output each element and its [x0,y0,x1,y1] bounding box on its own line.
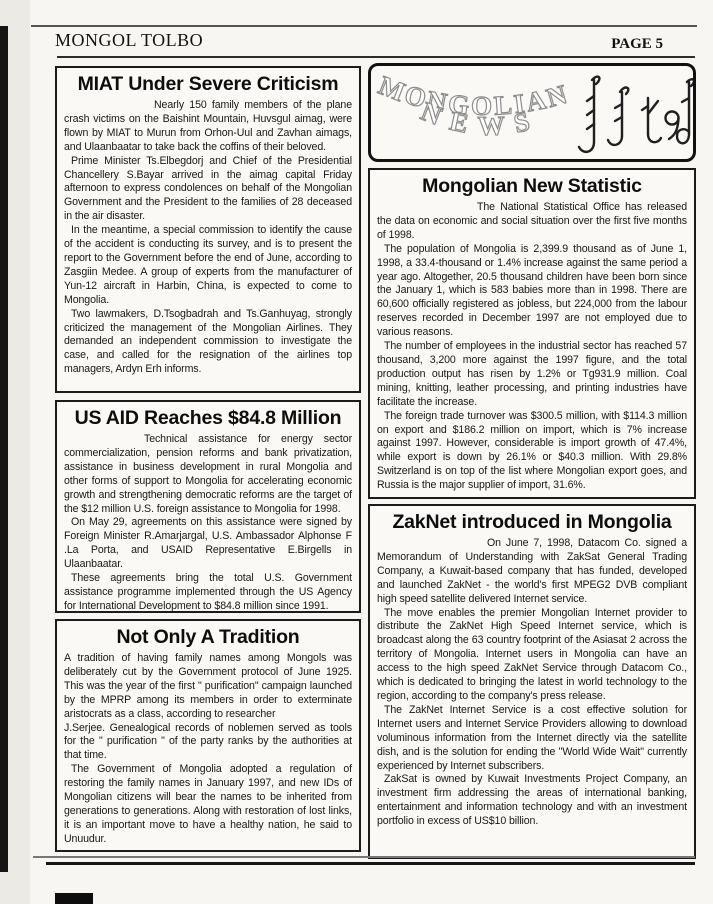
page-number: PAGE 5 [611,36,663,53]
masthead: MONGOL TOLBO [55,30,203,51]
mongolia-news-logo: MONGOLIAN NEWS [368,63,696,162]
mongolian-script-decoration [579,77,693,152]
paragraph: On June 7, 1998, Datacom Co. signed a Me… [377,537,687,607]
paragraph: The number of employees in the industria… [377,340,687,410]
article-title: MIAT Under Severe Criticism [64,73,352,96]
header-rule [57,56,695,58]
paragraph: The population of Mongolia is 2,399.9 th… [377,243,687,340]
bottom-rule-thick [46,862,695,865]
logo-graphic: MONGOLIAN NEWS [371,66,693,159]
paragraph: The ZakNet Internet Service is a cost ef… [377,704,687,774]
paragraph: The move enables the premier Mongolian I… [377,607,687,704]
scan-corner-mark [55,893,93,904]
paragraph: In the meantime, a special commission to… [64,224,352,307]
article-title: ZakNet introduced in Mongolia [377,511,687,534]
article-title: US AID Reaches $84.8 Million [64,407,352,430]
paragraph: A tradition of having family names among… [64,652,352,722]
paragraph: Prime Minister Ts.Elbegdorj and Chief of… [64,155,352,225]
paragraph: These agreements bring the total U.S. Go… [64,572,352,613]
mongolian-script-glyph [677,79,693,143]
paragraph: Nearly 150 family members of the plane c… [64,99,352,155]
logo-text-line1: MONGOLIAN [375,70,573,121]
paragraph: The National Statistical Office has rele… [377,201,687,243]
paragraph: On May 29, agreements on this assistance… [64,516,352,572]
article-miat: MIAT Under Severe Criticism Nearly 150 f… [55,66,361,393]
article-zaknet: ZakNet introduced in Mongolia On June 7,… [368,504,696,859]
article-title: Not Only A Tradition [64,626,352,649]
top-rule [31,25,697,27]
article-statistic: Mongolian New Statistic The National Sta… [368,168,696,499]
scan-edge-black-strip [0,26,8,872]
paragraph: Two lawmakers, D.Tsogbadrah and Ts.Ganhu… [64,308,352,378]
mongolian-script-glyph [608,88,628,145]
mongolian-script-glyph [579,77,599,152]
paragraph: Technical assistance for energy sector c… [64,433,352,516]
paragraph: J.Serjee. Genealogical records of noblem… [64,722,352,764]
newspaper-page: MONGOL TOLBO PAGE 5 MIAT Under Severe Cr… [0,0,713,904]
mongolian-script-glyph [642,98,661,142]
article-tradition: Not Only A Tradition A tradition of havi… [55,619,361,852]
paragraph: The Government of Mongolia adopted a reg… [64,763,352,846]
article-usaid: US AID Reaches $84.8 Million Technical a… [55,400,361,613]
article-title: Mongolian New Statistic [377,175,687,198]
bottom-rule-thin [33,856,695,858]
paragraph: The foreign trade turnover was $300.5 mi… [377,410,687,493]
paragraph: ZakSat is owned by Kuwait Investments Pr… [377,773,687,829]
